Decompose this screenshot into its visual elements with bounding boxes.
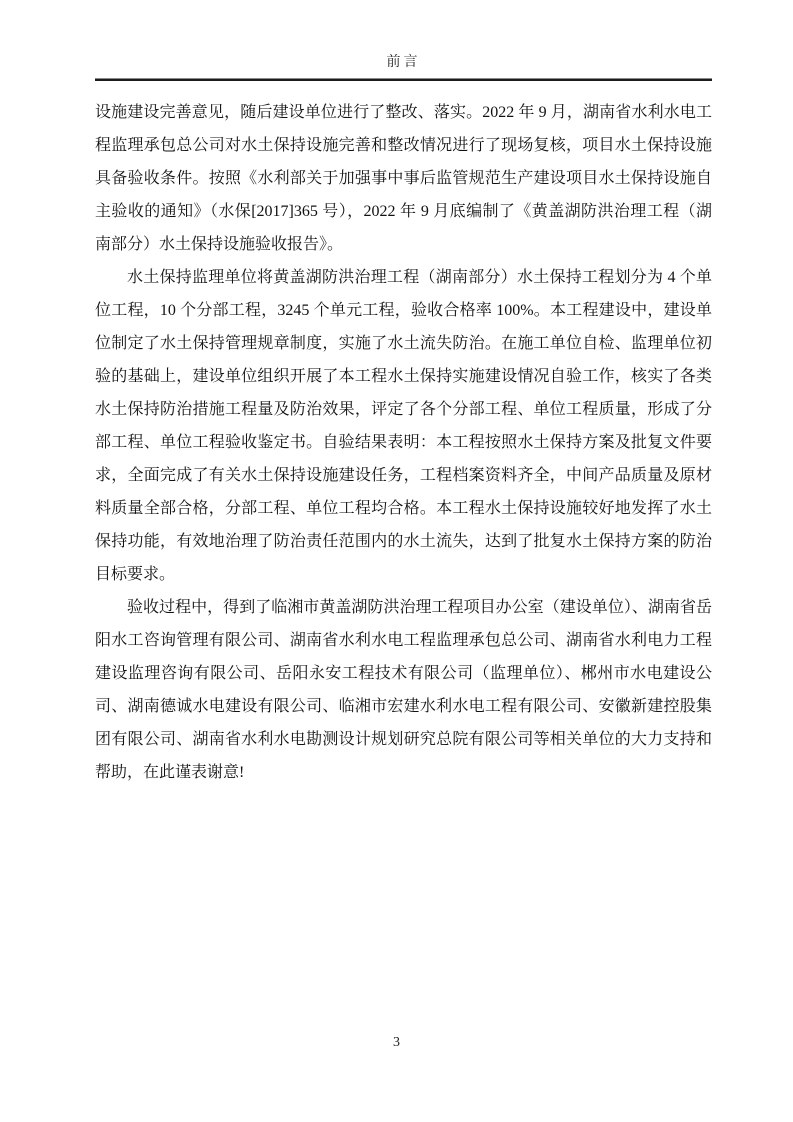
header-rule [95, 78, 712, 81]
body-paragraph-acknowledgement: 验收过程中，得到了临湘市黄盖湖防洪治理工程项目办公室（建设单位）、湖南省岳阳水工… [95, 591, 712, 789]
document-body: 设施建设完善意见，随后建设单位进行了整改、落实。2022 年 9 月，湖南省水利… [95, 96, 712, 789]
page-number: 3 [0, 1035, 793, 1051]
body-paragraph-self-acceptance: 水土保持监理单位将黄盖湖防洪治理工程（湖南部分）水土保持工程划分为 4 个单位工… [95, 261, 712, 591]
document-page: 前言 设施建设完善意见，随后建设单位进行了整改、落实。2022 年 9 月，湖南… [0, 0, 793, 1122]
page-header-title: 前言 [95, 51, 712, 71]
body-paragraph-continuation: 设施建设完善意见，随后建设单位进行了整改、落实。2022 年 9 月，湖南省水利… [95, 96, 712, 261]
